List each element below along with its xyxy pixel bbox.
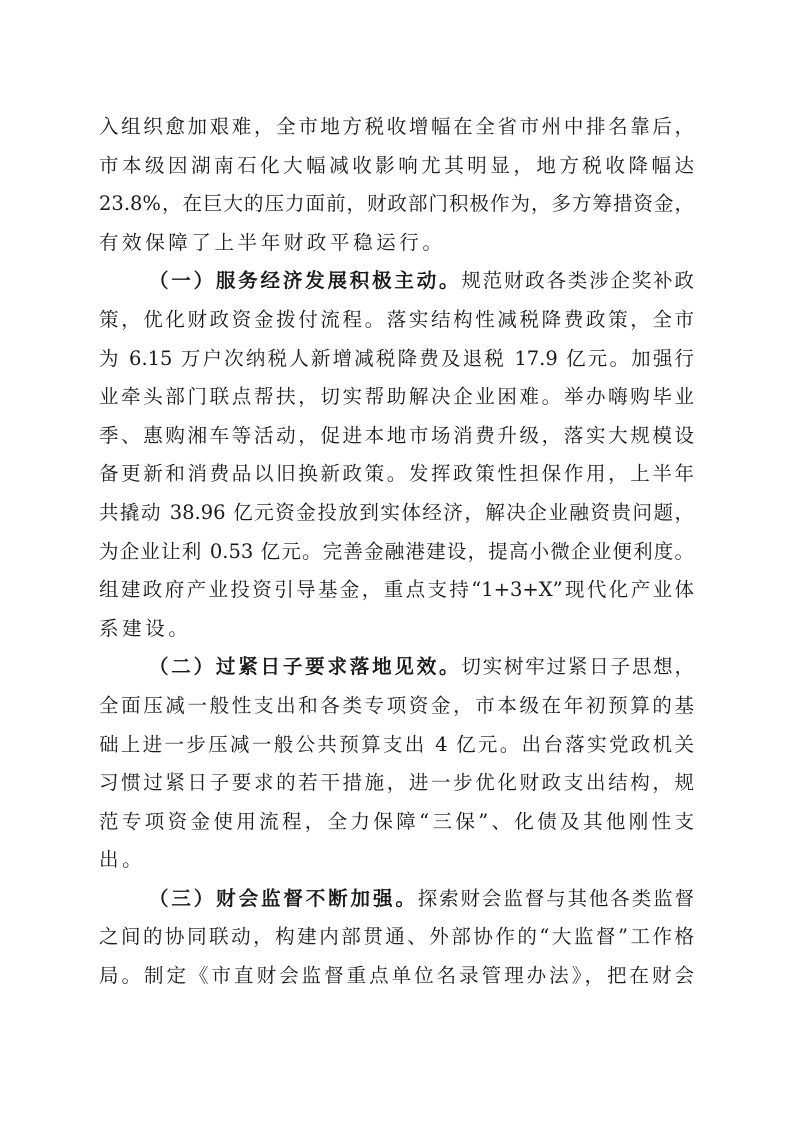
text-line: 入组织愈加艰难，全市地方税收增幅在全省市州中排名靠后， <box>99 108 694 147</box>
text-span: 探索财会监督与其他各类监督 <box>418 887 694 910</box>
text-line: 系建设。 <box>99 610 694 649</box>
section-1-first-line: （一）服务经济发展积极主动。规范财政各类涉企奖补政 <box>99 262 694 301</box>
text-line: 为 6.15 万户次纳税人新增减税降费及退税 17.9 亿元。加强行 <box>99 340 694 379</box>
text-line: 局。制定《市直财会监督重点单位名录管理办法》，把在财会 <box>99 957 694 996</box>
text-line: 备更新和消费品以旧换新政策。发挥政策性担保作用，上半年 <box>99 455 694 494</box>
text-line: 全面压减一般性支出和各类专项资金，市本级在年初预算的基 <box>99 687 694 726</box>
text-line: 之间的协同联动，构建内部贯通、外部协作的“大监督”工作格 <box>99 918 694 957</box>
section-3-heading: （三）财会监督不断加强。 <box>149 887 418 910</box>
text-line: 市本级因湖南石化大幅减收影响尤其明显，地方税收降幅达 <box>99 147 694 186</box>
section-1-heading: （一）服务经济发展积极主动。 <box>149 269 461 292</box>
text-line: 业牵头部门联点帮扶，切实帮助解决企业困难。举办嗨购毕业 <box>99 378 694 417</box>
section-3-first-line: （三）财会监督不断加强。探索财会监督与其他各类监督 <box>99 880 694 919</box>
text-span: 切实树牢过紧日子思想， <box>461 655 694 678</box>
text-line: 有效保障了上半年财政平稳运行。 <box>99 224 694 263</box>
text-line: 础上进一步压减一般公共预算支出 4 亿元。出台落实党政机关 <box>99 726 694 765</box>
text-line: 出。 <box>99 841 694 880</box>
document-page: 入组织愈加艰难，全市地方税收增幅在全省市州中排名靠后， 市本级因湖南石化大幅减收… <box>0 0 793 1122</box>
section-2-heading: （二）过紧日子要求落地见效。 <box>149 655 461 678</box>
body-text: 入组织愈加艰难，全市地方税收增幅在全省市州中排名靠后， 市本级因湖南石化大幅减收… <box>99 108 694 996</box>
text-span: 规范财政各类涉企奖补政 <box>461 269 694 292</box>
text-line: 策，优化财政资金拨付流程。落实结构性减税降费政策，全市 <box>99 301 694 340</box>
text-line: 23.8%，在巨大的压力面前，财政部门积极作为，多方筹措资金， <box>99 185 694 224</box>
text-line: 季、惠购湘车等活动，促进本地市场消费升级，落实大规模设 <box>99 417 694 456</box>
text-line: 组建政府产业投资引导基金，重点支持“1+3+X”现代化产业体 <box>99 571 694 610</box>
text-line: 共撬动 38.96 亿元资金投放到实体经济，解决企业融资贵问题， <box>99 494 694 533</box>
text-line: 范专项资金使用流程，全力保障“三保”、化债及其他刚性支 <box>99 803 694 842</box>
section-2-first-line: （二）过紧日子要求落地见效。切实树牢过紧日子思想， <box>99 648 694 687</box>
text-line: 为企业让利 0.53 亿元。完善金融港建设，提高小微企业便利度。 <box>99 533 694 572</box>
text-line: 习惯过紧日子要求的若干措施，进一步优化财政支出结构，规 <box>99 764 694 803</box>
